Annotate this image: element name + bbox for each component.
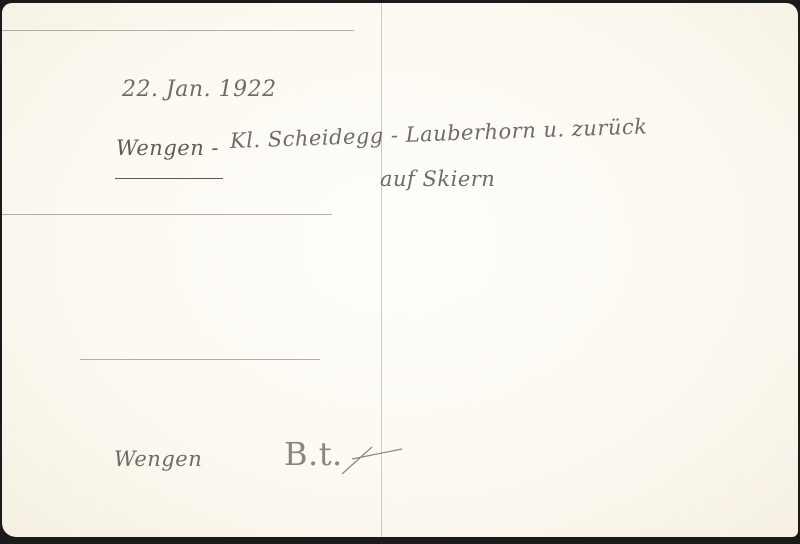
route-place-underline <box>115 178 223 179</box>
signature-stroke <box>332 439 452 479</box>
route-place-text: Wengen - <box>116 136 219 160</box>
route-text-line2: auf Skiern <box>380 167 495 191</box>
route-text: Kl. Scheidegg - Lauberhorn u. zurück <box>230 114 648 153</box>
date-text: 22. Jan. 1922 <box>122 77 277 102</box>
postcard-back: 22. Jan. 1922 Wengen - Kl. Scheidegg - L… <box>2 3 798 537</box>
printed-rule-middle <box>2 214 332 215</box>
printed-rule-top <box>2 30 354 31</box>
printed-rule-lower <box>80 359 320 360</box>
bottom-place-text: Wengen <box>114 447 202 471</box>
